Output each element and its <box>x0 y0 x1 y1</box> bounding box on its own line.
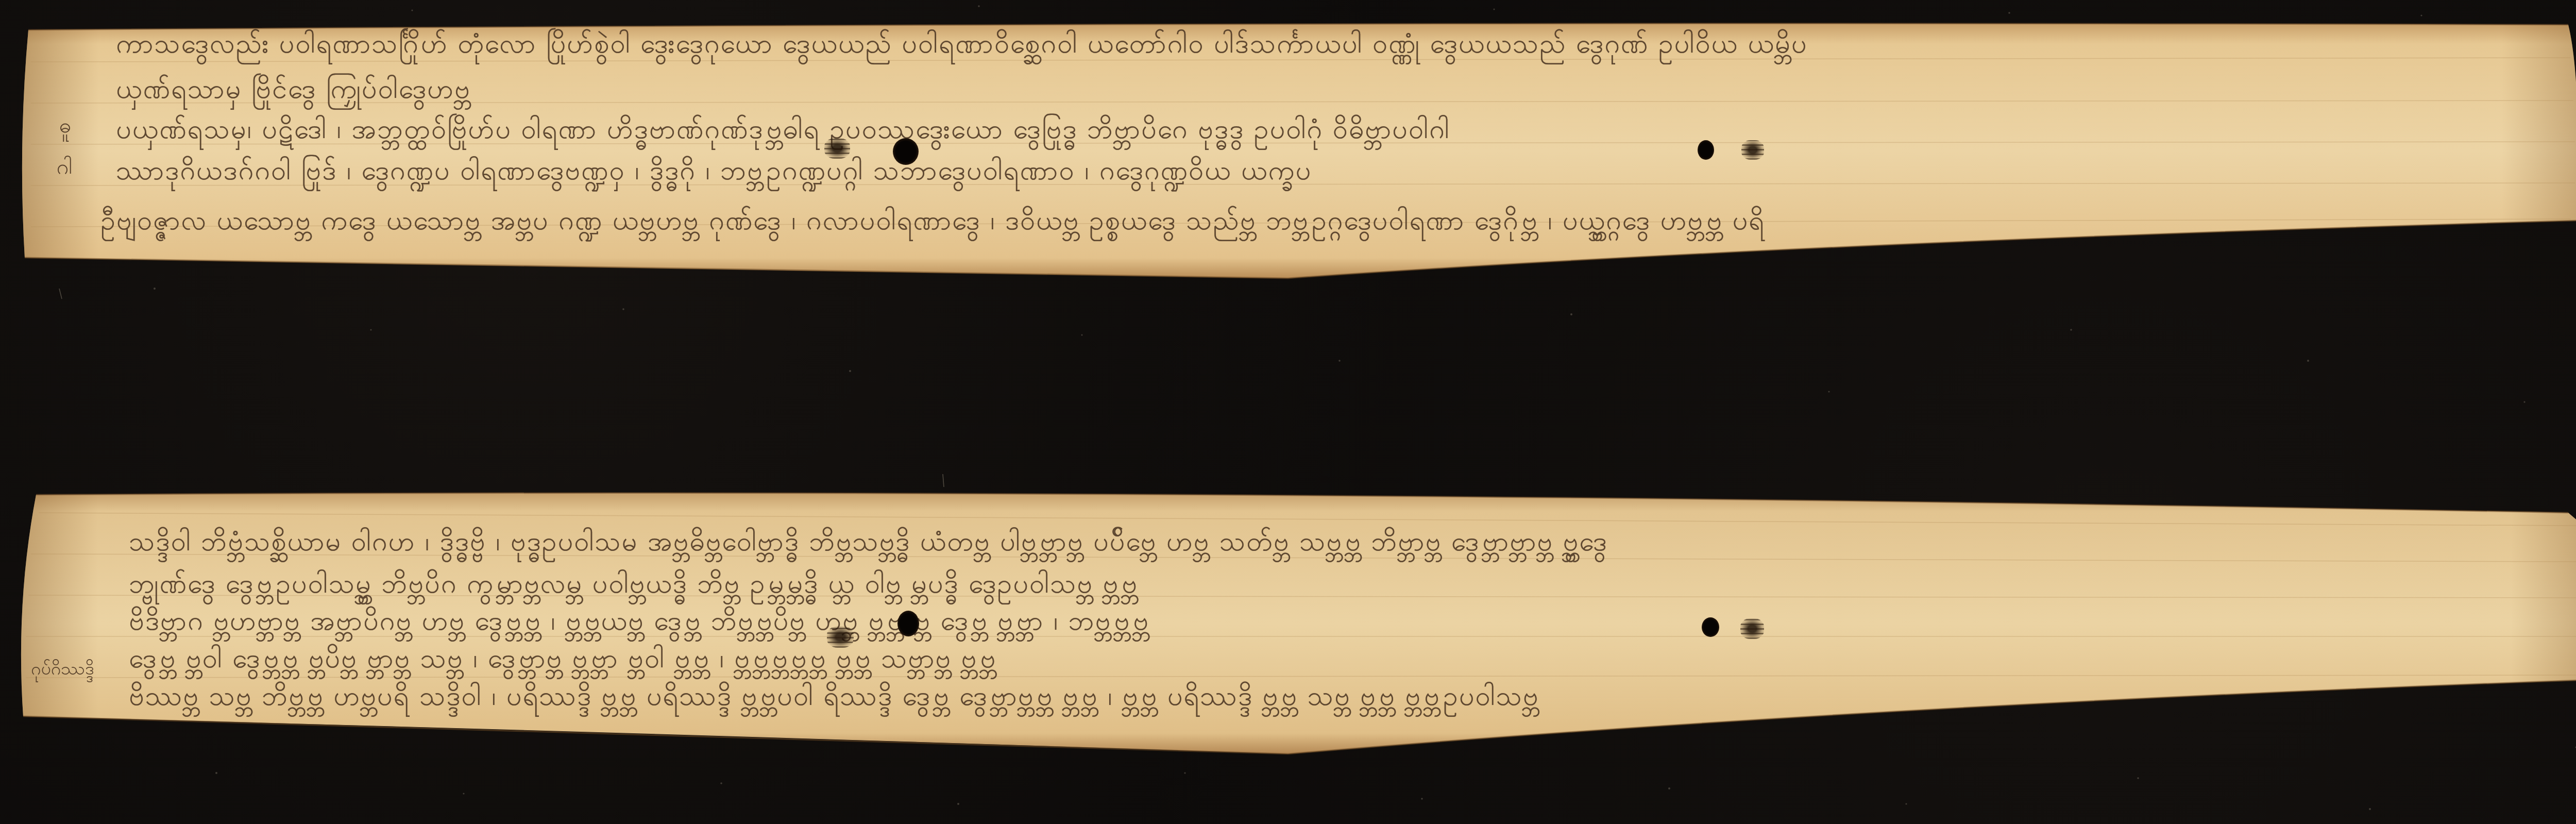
manuscript-line-1: ကာသဒွေလည်း ပဝါရဏာသင်္ဂြိုဟ် တုံလော ပြိုဟ… <box>116 27 2548 66</box>
binding-hole-right <box>1698 140 1714 160</box>
manuscript-line-3: ဗိဒိဗ္ဘာဂ ဗ္ဘဟဗ္ဘာဗ္ဘ အဗ္ဘာပိဂဗ္ဘ ဟဗ္ဘ ဒ… <box>129 604 2524 643</box>
manuscript-line-2: ဘ္ဗုဏ်ဒွေ ဒွေဗ္ဘဥပဝါသမ္ဗ္ဘ ဘိဗ္ဘပိဂ ကွမ္… <box>129 567 2524 606</box>
folio-margin-label: ဂုပ်ဂိဿဒ္ဒိ <box>31 657 94 683</box>
folio-letter-label: ဂါ <box>57 154 72 184</box>
folio-number-label: ဓူ <box>59 112 71 143</box>
manuscript-line-5: ဗိဿဗ္ဘ သဗ္ဘ ဘိဗ္ဘဗ္ဘ ဟဗ္ဘပရိ သဒ္ဒိဝါ ၊ ပ… <box>129 679 2530 718</box>
manuscript-leaf-top: ဓူ ဂါ ကာသဒွေလည်း ပဝါရဏာသင်္ဂြိုဟ် တုံလော… <box>0 0 2576 309</box>
manuscript-leaf-bottom: ဂုပ်ဂိဿဒ္ဒိ သဒ္ဒိဝါ ဘိဗ္ဘံသစ္ဆိယာမ ဝါဂဟ … <box>0 464 2576 783</box>
binding-hole-left <box>897 611 919 636</box>
manuscript-line-4: ဿာဒုဂိယဒဂ်ဂဝါ ဗြုဒ် ၊ ဒွေဂဏ္ဍပ ဝါရဏာဒွေဗ… <box>116 154 2537 193</box>
manuscript-line-3: ပယှဏ်ရသမှ၊ ပဋိဒေါ ၊ အဘ္ဘတ္ထဝ်ဗြိုဟ်ပ ဝါရ… <box>116 112 2537 152</box>
manuscript-line-5: ဦဗျဝဇ္ဇာလ ယသောဗ္ဘ ကဒွေ ယသောဗ္ဘ အဗ္ဘပ ဂဏ္… <box>100 204 2553 243</box>
string-hole-stain-left <box>827 626 854 648</box>
string-hole-stain-right <box>1740 618 1764 639</box>
manuscript-line-4: ဒွေဗ္ဘ ဗ္ဘဝါ ဒွေဗ္ဘဗ္ဘ ဗ္ဘပိဗ္ဘ ဗ္ဘာဗ္ဘ … <box>129 642 2530 681</box>
manuscript-line-1: သဒ္ဒိဝါ ဘိဗ္ဘံသစ္ဆိယာမ ဝါဂဟ ၊ ဒွိဒ္ဓဗ္ဗိ… <box>129 525 2530 564</box>
photograph: ဓူ ဂါ ကာသဒွေလည်း ပဝါရဏာသင်္ဂြိုဟ် တုံလော… <box>0 0 2576 824</box>
string-hole-stain-right <box>1741 140 1764 160</box>
binding-hole-right <box>1702 617 1719 637</box>
string-hole-stain-left <box>824 138 850 159</box>
binding-hole-left <box>893 138 919 165</box>
manuscript-line-2: ယှဏ်ရသာမှ ဗြိုင်ဒွေ ကြှုပ်ဝါဒွေဟဗ္ဘ <box>116 72 786 111</box>
